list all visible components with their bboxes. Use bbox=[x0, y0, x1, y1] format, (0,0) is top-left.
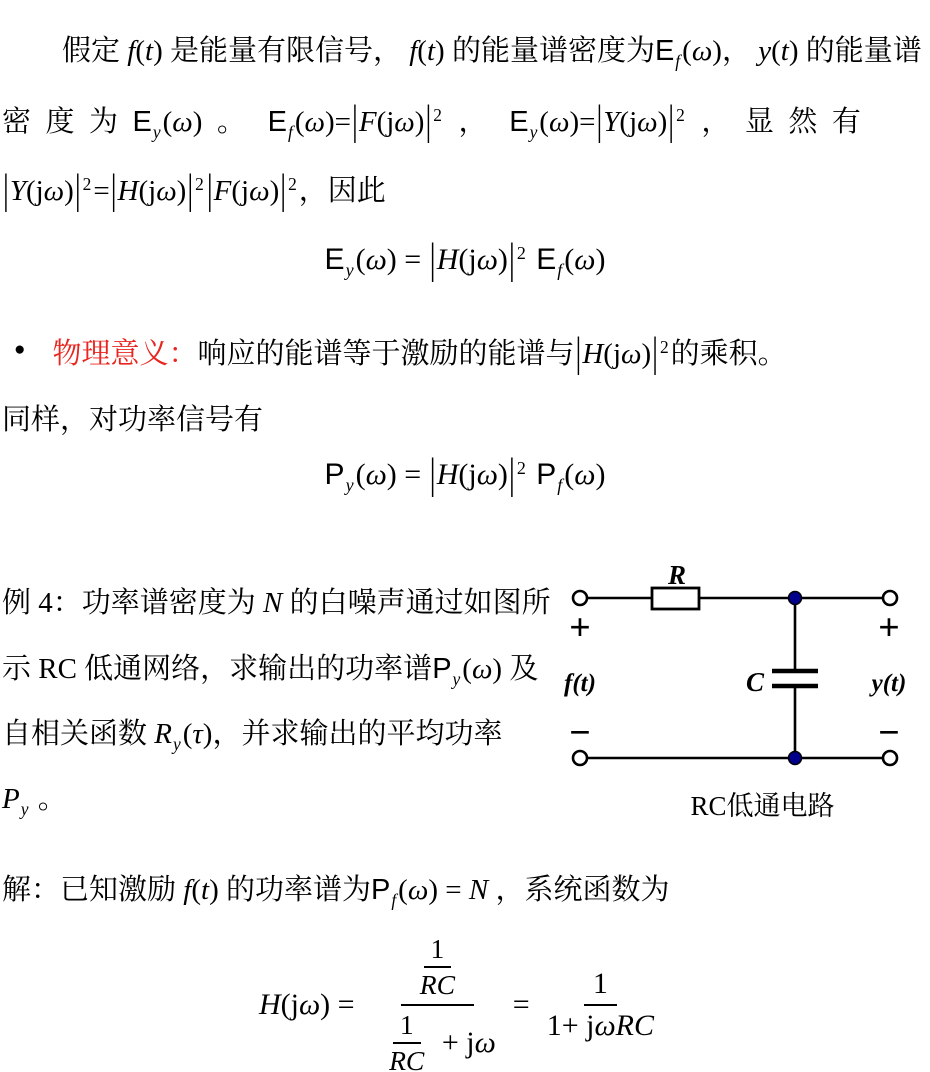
bullet-text: 响应的能谱等于激励的能谱与|H(jω)|2的乘积。 bbox=[198, 338, 787, 370]
terminal-top-left bbox=[573, 591, 587, 605]
resistor-symbol bbox=[652, 588, 699, 609]
example-line-1: 例 4：功率谱密度为 N 的白噪声通过如图所 bbox=[2, 580, 551, 621]
plus-sign-right: + bbox=[878, 607, 900, 649]
highlight-label: 物理意义： bbox=[52, 338, 197, 370]
fraction-main: 1 RC 1 RC + jω bbox=[370, 933, 505, 1072]
power-intro-line: 同样，对功率信号有 bbox=[2, 397, 263, 438]
formula-power-spectrum: Py(ω) = |H(jω)|2 Pf(ω) bbox=[0, 458, 930, 492]
minus-sign-right: − bbox=[878, 712, 900, 754]
minus-sign-left: − bbox=[569, 712, 591, 754]
intro-line-2: 密 度 为 Ey(ω) 。 Ef(ω)=|F(jω)|2 ， Ey(ω)=|Y(… bbox=[2, 99, 861, 140]
intro-line-3: |Y(jω)|2=|H(jω)|2|F(jω)|2，因此 bbox=[2, 168, 386, 209]
example-line-2: 示 RC 低通网络，求输出的功率谱Py(ω) 及 bbox=[2, 646, 538, 687]
bullet-icon: ● bbox=[14, 331, 25, 369]
fraction-result: 1 1+ jωRC bbox=[538, 967, 663, 1043]
fraction-one-over-RC: 1 RC bbox=[382, 1009, 431, 1072]
formula-transfer-function: H(jω) = 1 RC 1 RC + jω = 1 1+ jωRC bbox=[0, 933, 930, 1072]
terminal-top-right bbox=[883, 591, 897, 605]
circuit-caption: RC低通电路 bbox=[660, 784, 865, 823]
junction-dot-top bbox=[789, 592, 802, 605]
plus-j-omega: + jω bbox=[434, 1026, 495, 1060]
fraction-one-over-RC: 1 RC bbox=[413, 933, 462, 1001]
resistor-label: R bbox=[667, 560, 686, 590]
equals-sign: = bbox=[513, 988, 530, 1022]
solution-line: 解：已知激励 f(t) 的功率谱为Pf(ω) = N ，系统函数为 bbox=[2, 867, 669, 908]
intro-line-1: 假定 f(t) 是能量有限信号， f(t) 的能量谱密度为Ef(ω)， y(t)… bbox=[62, 28, 922, 69]
formula-H-lhs: H(jω) = bbox=[259, 988, 362, 1022]
input-signal-label: f(t) bbox=[564, 670, 596, 697]
circuit-diagram: + + − − R C f(t) y(t) bbox=[558, 552, 910, 778]
formula-energy-spectrum: Ey(ω) = |H(jω)|2 Ef(ω) bbox=[0, 243, 930, 277]
example-line-4: Py 。 bbox=[2, 776, 67, 817]
bullet-physical-meaning: ● 物理意义：响应的能谱等于激励的能谱与|H(jω)|2的乘积。 bbox=[14, 331, 787, 372]
output-signal-label: y(t) bbox=[869, 670, 907, 697]
capacitor-label: C bbox=[746, 667, 765, 697]
example-line-3: 自相关函数 Ry(τ)，并求输出的平均功率 bbox=[2, 711, 502, 752]
plus-sign-left: + bbox=[569, 607, 591, 649]
junction-dot-bottom bbox=[789, 752, 802, 765]
